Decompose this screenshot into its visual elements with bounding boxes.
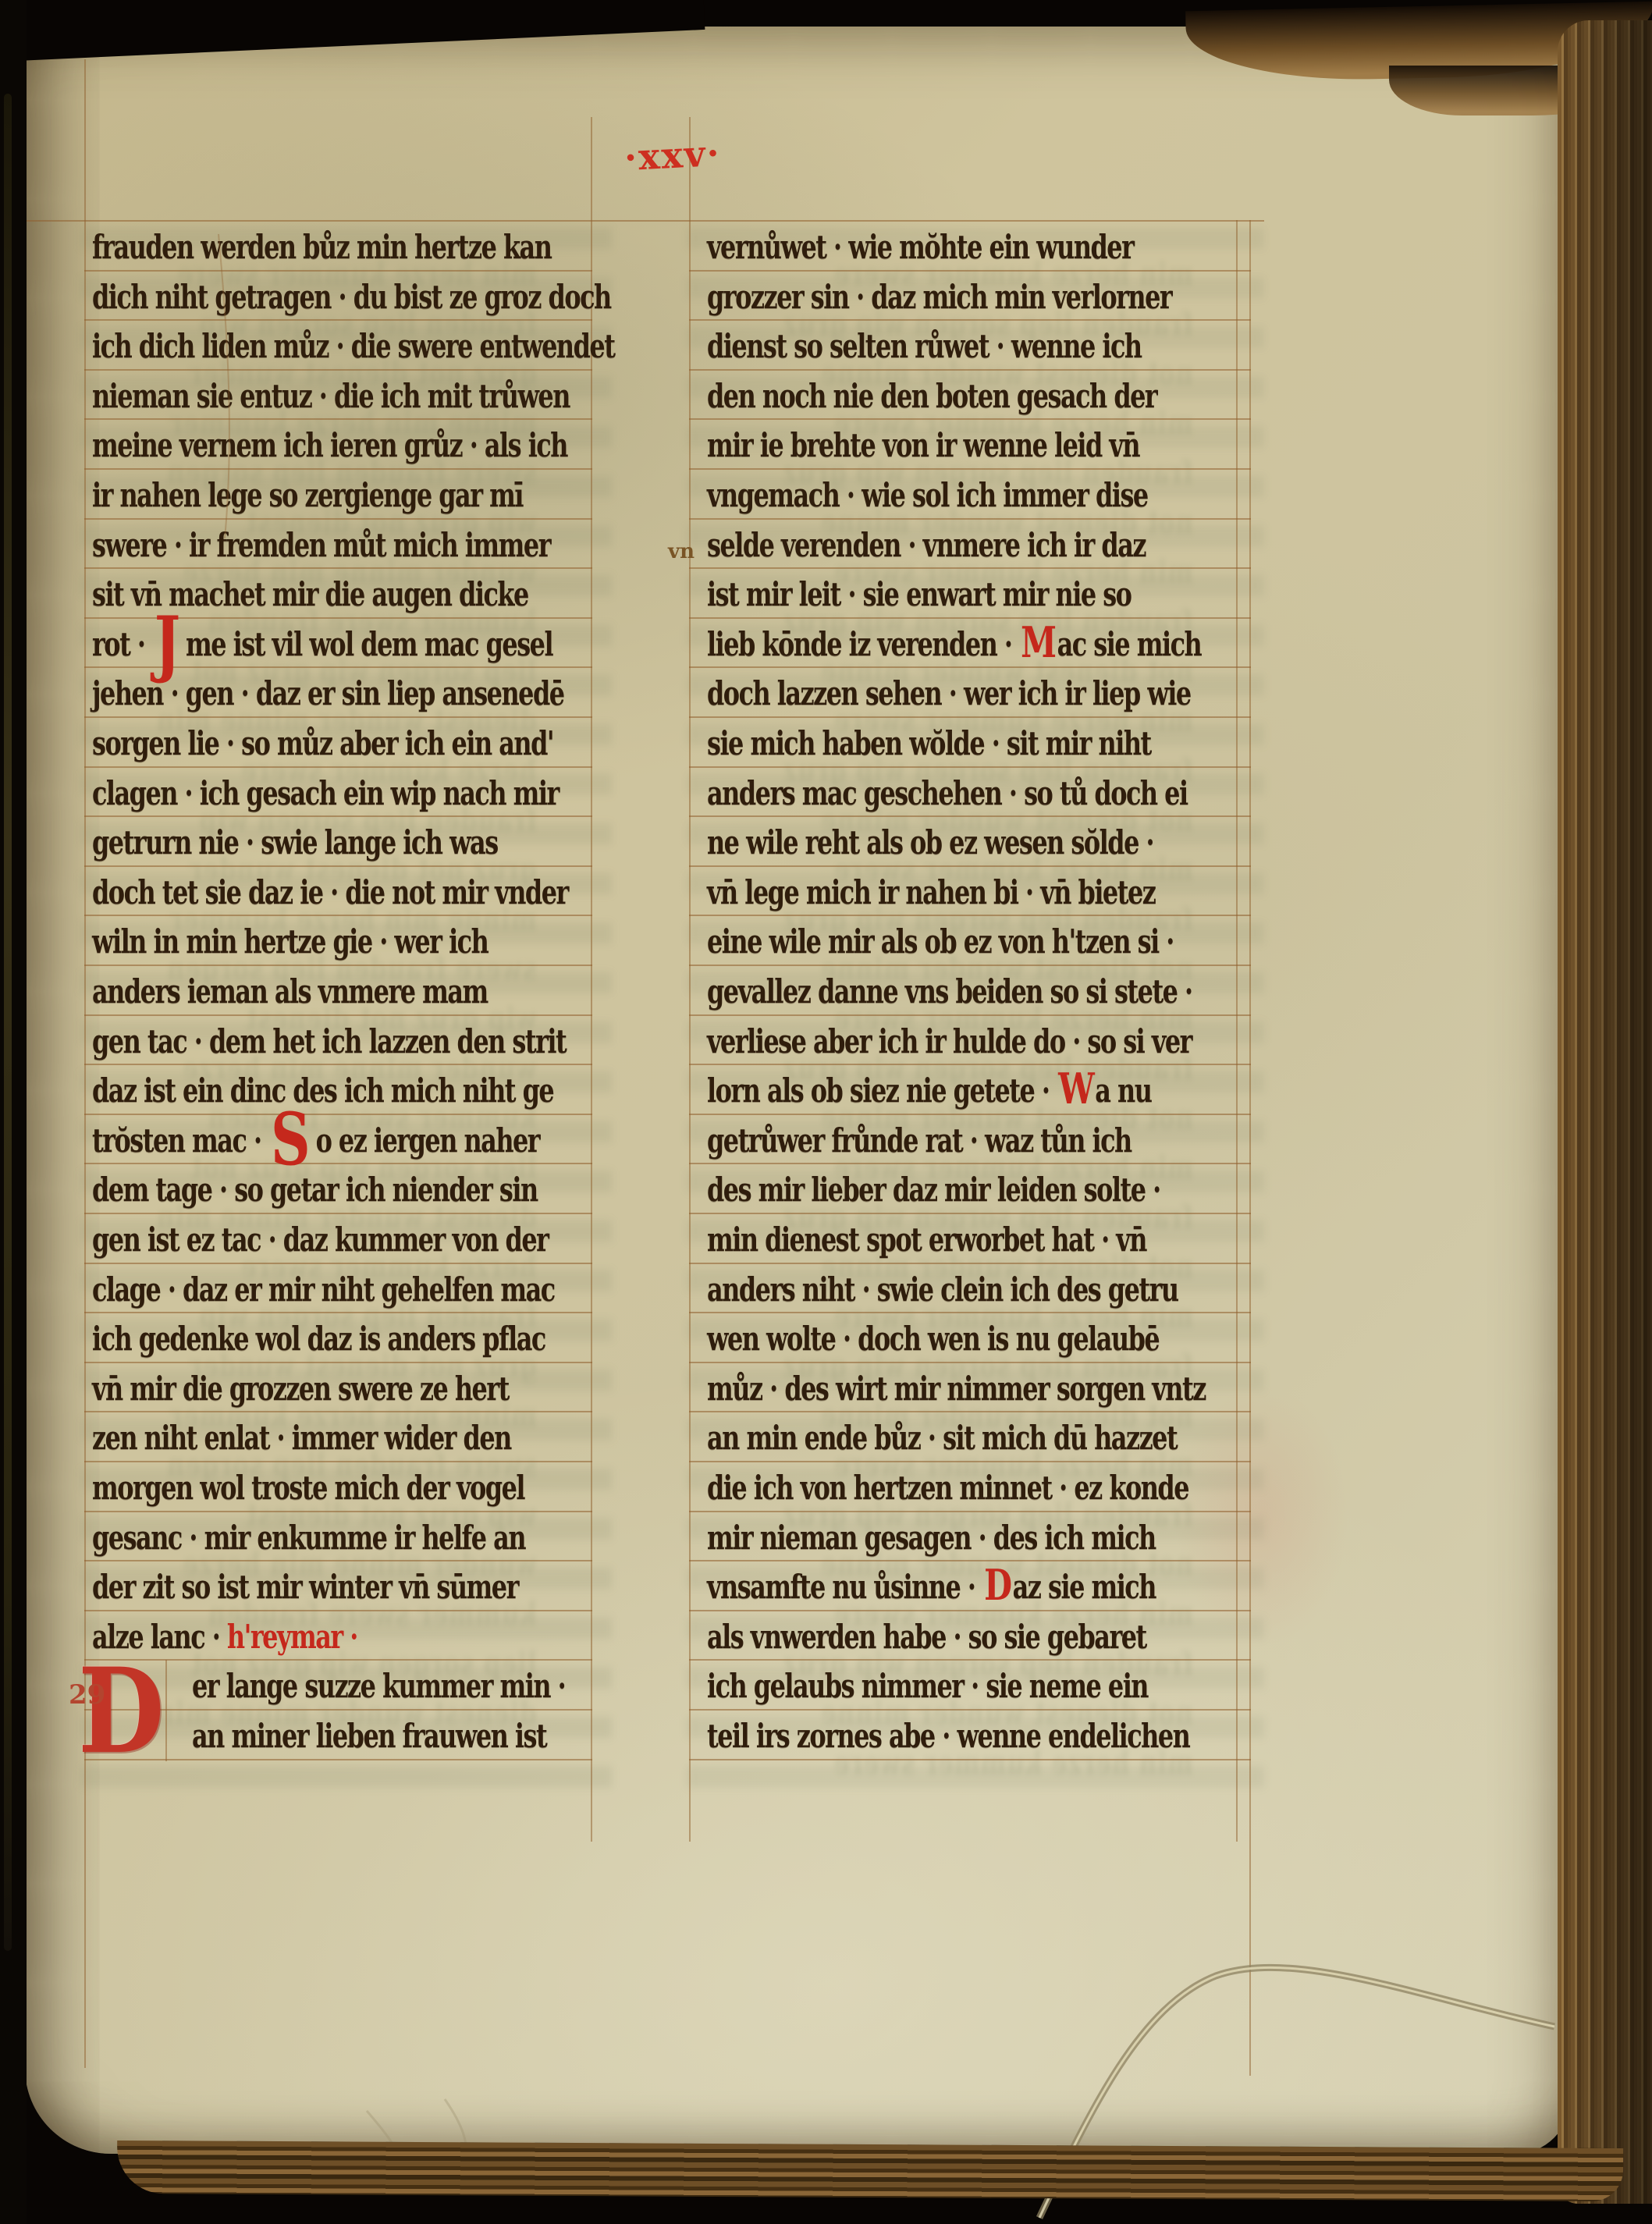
text-segment: swere · ir fremden můt mich immer [92, 526, 550, 564]
manuscript-line: ich dich liden můz · die swere entwendet [92, 327, 780, 372]
text-segment: getrůwer frůnde rat · waz tůn ich [707, 1121, 1132, 1160]
manuscript-line: vernůwet · wie mŏhte ein wunder [707, 228, 1268, 273]
text-segment: lieb kōnde iz verenden · [707, 625, 1019, 663]
text-segment: selde verenden · vnmere ich ir daz [707, 526, 1146, 564]
manuscript-line: vn̄ lege mich ir nahen bi · vn̄ bietez [707, 873, 1297, 918]
text-segment: frauden werden bůz min hertze kan [92, 228, 551, 266]
manuscript-line: clagen · ich gesach ein wip nach mir [92, 774, 706, 819]
manuscript-line: anders ieman als vnmere mam [92, 972, 613, 1018]
text-segment: die ich von hertzen minnet · ez konde [707, 1469, 1188, 1507]
text-segment: jehen · gen · daz er sin liep ansenedē [92, 674, 564, 712]
margin-note-vn: vn [668, 540, 695, 563]
text-segment: wiln in min hertze gie · wer ich [92, 922, 488, 961]
manuscript-line: zen niht enlat · immer wider den [92, 1419, 643, 1464]
manuscript-line: an min ende bůz · sit mich dū hazzet [707, 1419, 1325, 1464]
fore-edge-page-stack [1558, 20, 1652, 2204]
text-segment: morgen wol troste mich der vogel [92, 1469, 524, 1507]
text-segment: rot · [92, 625, 152, 663]
manuscript-line: selde verenden · vnmere ich ir daz [707, 526, 1284, 571]
text-segment: daz ist ein dinc des ich mich niht ge [92, 1071, 553, 1110]
text-segment: eine wile mir als ob ez von h'tzen si · [707, 922, 1174, 961]
text-segment: trŏsten mac · [92, 1121, 268, 1160]
text-segment: a nu [1095, 1071, 1151, 1110]
text-segment: doch lazzen sehen · wer ich ir liep wie [707, 674, 1191, 712]
manuscript-line: můz · des wirt mir nimmer sorgen vntz [707, 1370, 1363, 1415]
text-segment: můz · des wirt mir nimmer sorgen vntz [707, 1370, 1206, 1408]
manuscript-line: mir ie brehte von ir wenne leid vn̄ [707, 426, 1276, 471]
ruling-vertical-initial-box [165, 1660, 167, 1761]
binding-edge-highlight [4, 94, 12, 1951]
text-segment: meine vernem ich ieren grůz · als ich [92, 426, 567, 464]
text-segment: min dienest spot erworbet hat · vn̄ [707, 1220, 1146, 1259]
manuscript-line: wiln in min hertze gie · wer ich [92, 922, 613, 968]
manuscript-line: ich gedenke wol daz is anders pflac [92, 1320, 688, 1365]
text-segment: lorn als ob siez nie getete · [707, 1071, 1057, 1110]
manuscript-line: als vnwerden habe · so sie gebaret [707, 1618, 1284, 1663]
text-segment: clage · daz er mir niht gehelfen mac [92, 1270, 555, 1309]
manuscript-line: nieman sie entuz · die ich mit trůwen [92, 377, 720, 422]
margin-song-number: 29 [69, 1679, 105, 1711]
manuscript-line: doch tet sie daz ie · die not mir vnder [92, 873, 718, 918]
manuscript-line: ir nahen lege so zergienge gar mī [92, 476, 659, 521]
text-segment: doch tet sie daz ie · die not mir vnder [92, 873, 568, 911]
rubric-segment: J [155, 600, 179, 685]
text-segment: ich gedenke wol daz is anders pflac [92, 1320, 545, 1358]
manuscript-line: meine vernem ich ieren grůz · als ich [92, 426, 717, 471]
text-segment: zen niht enlat · immer wider den [92, 1419, 511, 1457]
manuscript-line: des mir lieber daz mir leiden solte · [707, 1171, 1303, 1216]
rubric-segment: S [271, 1096, 309, 1181]
manuscript-line: trŏsten mac · So ez iergen naher [92, 1121, 680, 1167]
manuscript-line: doch lazzen sehen · wer ich ir liep wie [707, 674, 1343, 719]
manuscript-line: frauden werden bůz min hertze kan [92, 228, 696, 273]
text-segment: ac sie mich [1057, 625, 1202, 663]
rubric-segment: h'reymar · [227, 1618, 357, 1656]
text-segment: nieman sie entuz · die ich mit trůwen [92, 377, 570, 415]
text-segment: teil irs zornes abe · wenne endelichen [707, 1717, 1189, 1755]
manuscript-line: den noch nie den boten gesach der [707, 377, 1299, 422]
rubric-segment: M [1021, 617, 1055, 667]
manuscript-line: mir nieman gesagen · des ich mich [707, 1519, 1297, 1564]
text-segment: verliese aber ich ir hulde do · so si ve… [707, 1022, 1192, 1060]
text-segment: anders ieman als vnmere mam [92, 972, 488, 1011]
text-segment: vernůwet · wie mŏhte ein wunder [707, 228, 1133, 266]
text-segment: als vnwerden habe · so sie gebaret [707, 1618, 1146, 1656]
manuscript-line: getrurn nie · swie lange ich was [92, 823, 626, 869]
manuscript-line: dich niht getragen · du bist ze groz doc… [92, 278, 775, 323]
text-segment: der zit so ist mir winter vn̄ sūmer [92, 1568, 518, 1606]
text-segment: anders mac geschehen · so tů doch ei [707, 774, 1188, 812]
manuscript-line: ist mir leit · sie enwart mir nie so [707, 575, 1265, 620]
manuscript-line: min dienest spot erworbet hat · vn̄ [707, 1220, 1285, 1266]
manuscript-line: ich gelaubs nimmer · sie neme ein [707, 1667, 1287, 1712]
manuscript-photo: min herze kummer swere frauden liep sorg… [0, 0, 1652, 2224]
text-segment: gesanc · mir enkumme ir helfe an [92, 1519, 525, 1557]
bottom-page-stack [117, 2141, 1623, 2201]
text-segment: o ez iergen naher [316, 1121, 540, 1160]
manuscript-line: gevallez danne vns beiden so si stete · [707, 972, 1345, 1018]
manuscript-line: anders mac geschehen · so tů doch ei [707, 774, 1339, 819]
manuscript-line: morgen wol troste mich der vogel [92, 1469, 661, 1514]
text-segment: vnsamfte nu ůsinne · [707, 1568, 982, 1606]
manuscript-line: getrůwer frůnde rat · waz tůn ich [707, 1121, 1265, 1167]
manuscript-line: dem tage · so getar ich niender sin [92, 1171, 678, 1216]
text-segment: me ist vil wol dem mac gesel [186, 625, 552, 663]
manuscript-line: dienst so selten růwet · wenne ich [707, 327, 1278, 372]
manuscript-line: er lange suzze kummer min · [192, 1667, 683, 1712]
manuscript-line: eine wile mir als ob ez von h'tzen si · [707, 922, 1321, 968]
text-segment: vngemach · wie sol ich immer dise [707, 476, 1148, 514]
text-segment: anders niht · swie clein ich des getru [707, 1270, 1178, 1309]
manuscript-line: anders niht · swie clein ich des getru [707, 1270, 1327, 1316]
ruling-line [23, 220, 1264, 222]
text-segment: ir nahen lege so zergienge gar mī [92, 476, 523, 514]
text-segment: an miner lieben frauwen ist [192, 1717, 546, 1755]
text-segment: dich niht getragen · du bist ze groz doc… [92, 278, 611, 316]
manuscript-line: wen wolte · doch wen is nu gelaubē [707, 1320, 1302, 1365]
text-segment: vn̄ mir die grozzen swere ze hert [92, 1370, 509, 1408]
rubric-segment: D [984, 1560, 1011, 1610]
text-segment: ist mir leit · sie enwart mir nie so [707, 575, 1131, 613]
text-segment: mir ie brehte von ir wenne leid vn̄ [707, 426, 1139, 464]
manuscript-line: lorn als ob siez nie getete · Wa nu [707, 1071, 1291, 1117]
manuscript-line: swere · ir fremden můt mich immer [92, 526, 695, 571]
text-segment: sie mich haben wŏlde · sit mir niht [707, 724, 1151, 762]
text-segment: dem tage · so getar ich niender sin [92, 1171, 538, 1209]
text-segment: az sie mich [1013, 1568, 1156, 1606]
manuscript-line: der zit so ist mir winter vn̄ sūmer [92, 1568, 652, 1613]
text-segment: ne wile reht als ob ez wesen sŏlde · [707, 823, 1153, 862]
chapter-heading: ·xxv· [623, 132, 722, 179]
text-segment: ich gelaubs nimmer · sie neme ein [707, 1667, 1148, 1705]
manuscript-line: vnsamfte nu ůsinne · Daz sie mich [707, 1568, 1297, 1613]
text-segment: des mir lieber daz mir leiden solte · [707, 1171, 1160, 1209]
text-segment: vn̄ lege mich ir nahen bi · vn̄ bietez [707, 873, 1155, 911]
text-segment: mir nieman gesagen · des ich mich [707, 1519, 1156, 1557]
text-segment: wen wolte · doch wen is nu gelaubē [707, 1320, 1159, 1358]
text-segment: gen ist ez tac · daz kummer von der [92, 1220, 548, 1259]
manuscript-line: gen ist ez tac · daz kummer von der [92, 1220, 692, 1266]
manuscript-line: gesanc · mir enkumme ir helfe an [92, 1519, 662, 1564]
manuscript-line: sie mich haben wŏlde · sit mir niht [707, 724, 1291, 769]
text-segment: grozzer sin · daz mich min verlorner [707, 278, 1171, 316]
ruling-vertical-right-column-left [689, 117, 691, 1842]
manuscript-line: vn̄ mir die grozzen swere ze hert [92, 1370, 640, 1415]
manuscript-line: verliese aber ich ir hulde do · so si ve… [707, 1022, 1345, 1068]
manuscript-line: lieb kōnde iz verenden · Mac sie mich [707, 625, 1357, 670]
text-segment: gevallez danne vns beiden so si stete · [707, 972, 1192, 1011]
manuscript-line: vngemach · wie sol ich immer dise [707, 476, 1287, 521]
manuscript-line: clage · daz er mir niht gehelfen mac [92, 1270, 701, 1316]
drop-cap-initial-D: D [78, 1653, 165, 1770]
manuscript-line: rot · Jme ist vil wol dem mac gesel [92, 625, 698, 670]
manuscript-line: daz ist ein dinc des ich mich niht ge [92, 1071, 699, 1117]
manuscript-line: ne wile reht als ob ez wesen sŏlde · [707, 823, 1295, 869]
text-segment: den noch nie den boten gesach der [707, 377, 1156, 415]
text-segment: er lange suzze kummer min · [192, 1667, 565, 1705]
manuscript-line: an miner lieben frauwen ist [192, 1717, 659, 1762]
text-segment: an min ende bůz · sit mich dū hazzet [707, 1419, 1177, 1457]
text-segment: dienst so selten růwet · wenne ich [707, 327, 1142, 365]
manuscript-line: gen tac · dem het ich lazzen den strit [92, 1022, 716, 1068]
manuscript-line: teil irs zornes abe · wenne endelichen [707, 1717, 1342, 1762]
manuscript-line: die ich von hertzen minnet · ez konde [707, 1469, 1341, 1514]
rubric-segment: W [1058, 1064, 1093, 1114]
manuscript-line: sorgen lie · so můz aber ich ein and' [92, 724, 699, 769]
text-segment: gen tac · dem het ich lazzen den strit [92, 1022, 566, 1060]
text-segment: ich dich liden můz · die swere entwendet [92, 327, 614, 365]
text-segment: getrurn nie · swie lange ich was [92, 823, 498, 862]
text-segment: sorgen lie · so můz aber ich ein and' [92, 724, 553, 762]
manuscript-line: jehen · gen · daz er sin liep ansenedē [92, 674, 712, 719]
text-segment: clagen · ich gesach ein wip nach mir [92, 774, 559, 812]
manuscript-line: grozzer sin · daz mich min verlorner [707, 278, 1318, 323]
